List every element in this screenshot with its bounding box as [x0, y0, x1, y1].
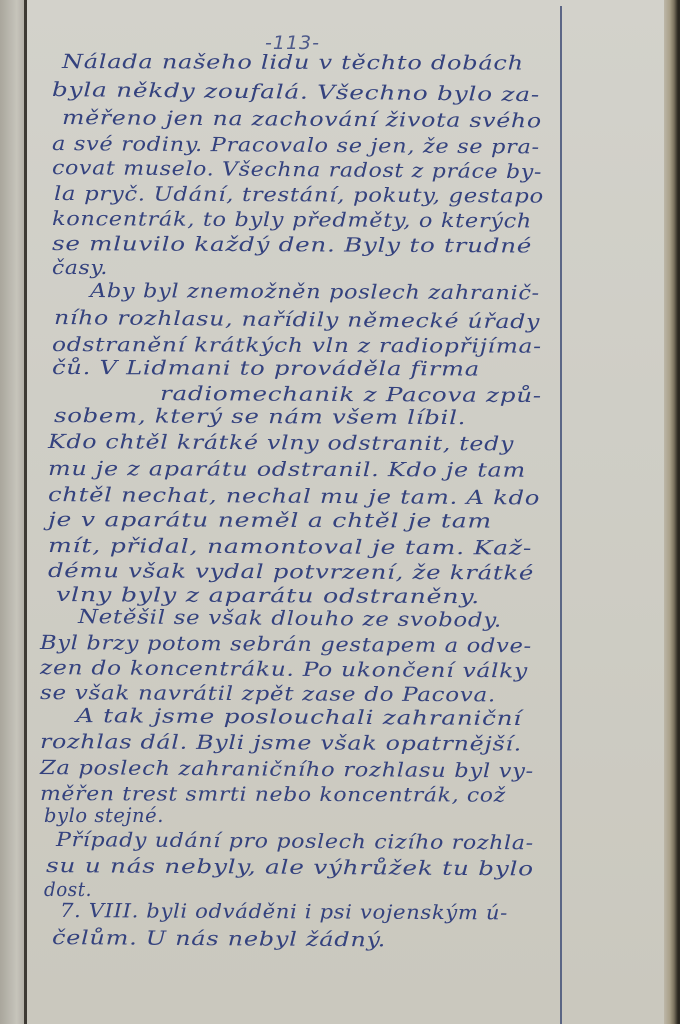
handwritten-line: Byl brzy potom sebrán gestapem a odve- [40, 631, 532, 657]
book-cover-edge [664, 0, 680, 1024]
handwritten-line: čů. V Lidmani to prováděla firma [52, 356, 480, 380]
handwritten-line: su u nás nebyly, ale výhrůžek tu bylo [46, 854, 534, 880]
handwritten-line: mít, přidal, namontoval je tam. Kaž- [48, 534, 532, 560]
handwritten-line: je v aparátu neměl a chtěl je tam [48, 508, 492, 533]
handwritten-line: chtěl nechat, nechal mu je tam. A kdo [48, 483, 540, 509]
handwritten-line: čelům. U nás nebyl žádný. [52, 926, 386, 951]
handwritten-line: měřen trest smrti nebo koncentrák, což [40, 782, 506, 807]
handwritten-line: la pryč. Udání, trestání, pokuty, gestap… [54, 182, 544, 208]
handwritten-line: dému však vydal potvrzení, že krátké [48, 559, 534, 585]
handwritten-line: Nálada našeho lidu v těchto dobách [62, 50, 524, 75]
handwritten-line: radiomechanik z Pacova způ- [160, 382, 542, 407]
handwritten-line: 7. VIII. byli odváděni i psi vojenským ú… [60, 899, 508, 924]
handwritten-line: mu je z aparátu odstranil. Kdo je tam [48, 457, 526, 482]
handwritten-line: byla někdy zoufalá. Všechno bylo za- [52, 78, 540, 106]
previous-page-edge [0, 0, 24, 1024]
handwritten-line: Aby byl znemožněn poslech zahranič- [90, 279, 540, 304]
handwritten-line: dost. [44, 878, 92, 901]
handwritten-line: koncentrák, to byly předměty, o kterých [52, 207, 532, 233]
handwritten-line: se však navrátil zpět zase do Pacova. [40, 681, 496, 706]
handwritten-line: sobem, který se nám všem líbil. [54, 404, 466, 429]
handwritten-line: A tak jsme poslouchali zahraniční [76, 704, 522, 730]
handwritten-line: rozhlas dál. Byli jsme však opatrnější. [40, 730, 522, 756]
notebook-spread: -113- Nálada našeho lidu v těchto dobách… [0, 0, 680, 1024]
handwritten-line: Netěšil se však dlouho ze svobody. [78, 605, 502, 632]
handwritten-text-body: Nálada našeho lidu v těchto dobáchbyla n… [27, 0, 664, 1024]
handwritten-line: měřeno jen na zachování života svého [62, 106, 542, 132]
handwritten-line: covat muselo. Všechna radost z práce by- [52, 156, 542, 183]
handwritten-line: časy. [52, 256, 108, 279]
notebook-page: -113- Nálada našeho lidu v těchto dobách… [27, 0, 664, 1024]
handwritten-line: Kdo chtěl krátké vlny odstranit, tedy [48, 430, 514, 455]
handwritten-line: ního rozhlasu, nařídily německé úřady [54, 306, 540, 333]
handwritten-line: se mluvilo každý den. Byly to trudné [52, 232, 532, 258]
handwritten-line: Případy udání pro poslech cizího rozhla- [56, 828, 534, 854]
handwritten-line: Za poslech zahraničního rozhlasu byl vy- [40, 756, 534, 782]
handwritten-line: bylo stejné. [44, 804, 164, 827]
handwritten-line: zen do koncentráku. Po ukončení války [40, 656, 528, 682]
handwritten-line: a své rodiny. Pracovalo se jen, že se pr… [52, 132, 540, 158]
handwritten-line: odstranění krátkých vln z radiopřijíma- [52, 333, 542, 358]
